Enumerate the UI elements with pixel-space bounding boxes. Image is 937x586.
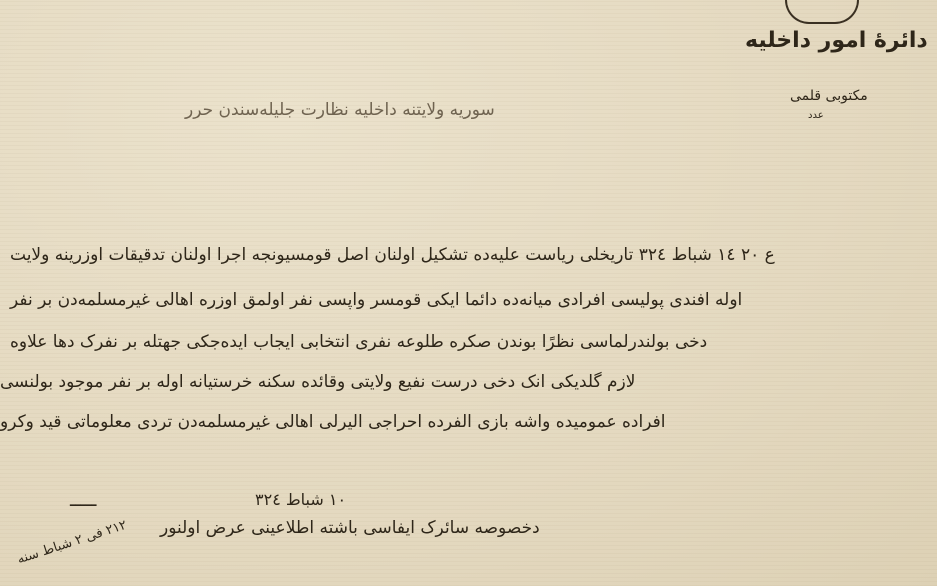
header-office: دائرهٔ امور داخلیه (745, 28, 928, 53)
body-line-6: دخصوصه سائرک ایفاسی باشته اطلاعینی عرض ا… (160, 518, 540, 538)
closing-mark: ـــــ (70, 490, 96, 511)
official-seal (785, 0, 859, 24)
subject-line: سوریه ولایتنه داخلیه نظارت جلیله‌سندن حر… (185, 100, 495, 120)
body-line-3: دخی بولندرلماسی نظرًا بوندن صکره طلوعه ن… (10, 332, 707, 352)
document-page: دائرهٔ امور داخلیه مکتوبی قلمی عدد سوریه… (0, 0, 937, 586)
header-number-label: عدد (808, 110, 824, 121)
document-date: ١٠ شباط ٣٢٤ (255, 490, 346, 509)
body-line-1: ع ٢٠ ١٤ شباط ٣٢٤ تاریخلی رياست علیه‌ده ت… (10, 245, 775, 265)
body-line-5: افراده عمومیده واشه بازی الفرده احراجی ا… (0, 412, 665, 432)
header-department: مکتوبی قلمی (790, 88, 868, 104)
margin-note: ٢١٢ فی ٢ شباط سنه (15, 518, 128, 568)
body-line-4: لازم گلدیکی انک دخی درست نفیع ولایتی وقا… (0, 372, 635, 392)
body-line-2: اوله افندی پولیسی افرادی میانه‌ده دائما … (10, 290, 742, 310)
